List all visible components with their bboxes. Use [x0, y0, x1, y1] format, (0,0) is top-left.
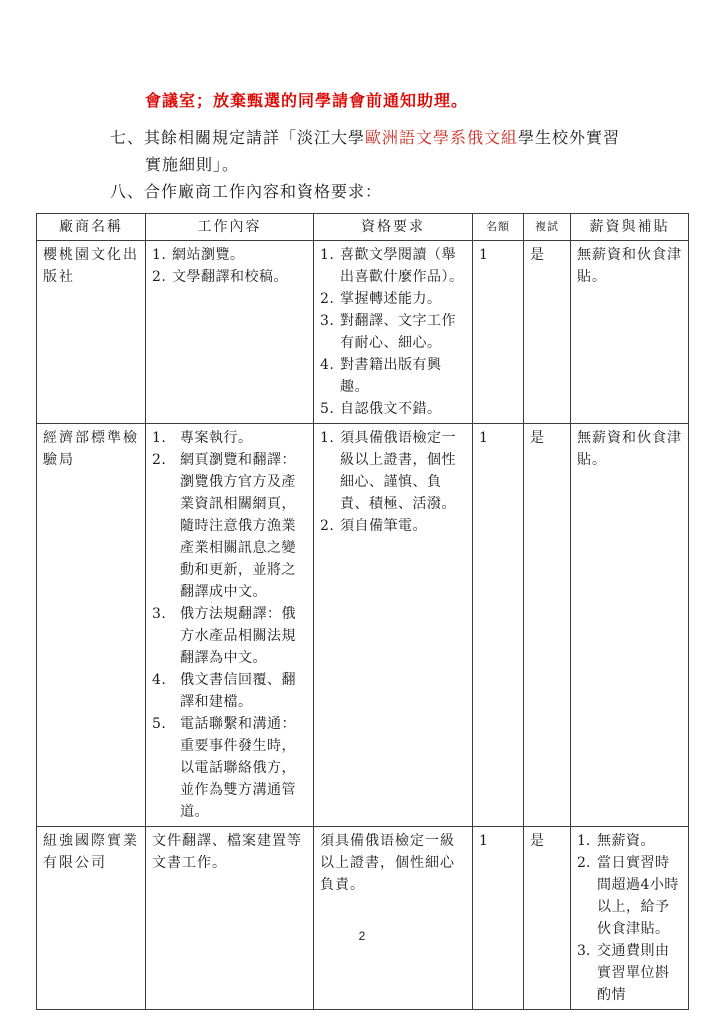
cell-salary: 無薪資和伙食津貼。: [571, 241, 689, 424]
item-seven-line1: 七、其餘相關規定請詳「淡江大學歐洲語文學系俄文組學生校外實習: [110, 128, 620, 148]
cell-salary: 無薪資和伙食津貼。: [571, 424, 689, 827]
qual-item: 4.對書籍出版有興趣。: [320, 354, 466, 398]
cell-retest: 是: [524, 241, 571, 424]
salary-item: 1.無薪資。: [577, 830, 682, 852]
item-seven-suffix: 學生校外實習: [518, 128, 620, 147]
header-retest: 複試: [524, 214, 571, 241]
cell-retest: 是: [524, 424, 571, 827]
qual-item: 3.對翻譯、文字工作有耐心、細心。: [320, 310, 466, 354]
header-salary: 薪資與補貼: [571, 214, 689, 241]
salary-item: 2.當日實習時間超過4小時以上，給予伙食津貼。: [577, 852, 682, 940]
cell-retest: 是: [524, 827, 571, 1010]
item-seven-highlight: 歐洲語文學系俄文組: [365, 128, 518, 147]
cell-quota: 1: [473, 424, 524, 827]
table-row: 經濟部標準檢驗局 1.專案執行。 2.網頁瀏覽和翻譯：瀏覽俄方官方及產業資訊相關…: [37, 424, 689, 827]
job-item: 2.文學翻譯和校稿。: [152, 266, 307, 288]
qual-text: 須具備俄语檢定一級以上證書，個性細心負責。: [320, 830, 466, 896]
item-seven-prefix: 七、其餘相關規定請詳「淡江大學: [110, 128, 365, 147]
header-job: 工作內容: [146, 214, 314, 241]
cell-salary: 1.無薪資。 2.當日實習時間超過4小時以上，給予伙食津貼。 3.交通費則由實習…: [571, 827, 689, 1010]
table-row: 紐強國際實業有限公司 文件翻譯、檔案建置等文書工作。 須具備俄语檢定一級以上證書…: [37, 827, 689, 1010]
table-row: 櫻桃園文化出版社 1.網站瀏覽。 2.文學翻譯和校稿。 1.喜歡文學閱讀（舉出喜…: [37, 241, 689, 424]
header-vendor: 廠商名稱: [37, 214, 146, 241]
cell-qual: 1.須具備俄语檢定一級以上證書，個性細心、謹慎、負責、積極、活潑。 2.須自備筆…: [314, 424, 473, 827]
qual-item: 5.自認俄文不錯。: [320, 398, 466, 420]
salary-text: 無薪資和伙食津貼。: [577, 427, 682, 471]
cell-qual: 須具備俄语檢定一級以上證書，個性細心負責。: [314, 827, 473, 1010]
table-header-row: 廠商名稱 工作內容 資格要求 名額 複試 薪資與補貼: [37, 214, 689, 241]
qual-item: 2.須自備筆電。: [320, 515, 466, 537]
cell-quota: 1: [473, 241, 524, 424]
cell-job: 文件翻譯、檔案建置等文書工作。: [146, 827, 314, 1010]
qual-item: 1.喜歡文學閱讀（舉出喜歡什麼作品）。: [320, 244, 466, 288]
notice-line: 會議室；放棄甄選的同學請會前通知助理。: [145, 91, 468, 111]
document-page: 會議室；放棄甄選的同學請會前通知助理。 七、其餘相關規定請詳「淡江大學歐洲語文學…: [0, 0, 724, 1024]
job-item: 2.網頁瀏覽和翻譯：瀏覽俄方官方及產業資訊相關網頁，隨時注意俄方漁業產業相關訊息…: [152, 449, 307, 603]
cell-quota: 1: [473, 827, 524, 1010]
salary-item: 3.交通費則由實習單位斟酌情: [577, 940, 682, 1006]
header-qual: 資格要求: [314, 214, 473, 241]
cell-vendor: 櫻桃園文化出版社: [37, 241, 146, 424]
page-number: 2: [0, 929, 724, 943]
cell-vendor: 紐強國際實業有限公司: [37, 827, 146, 1010]
cell-job: 1.專案執行。 2.網頁瀏覽和翻譯：瀏覽俄方官方及產業資訊相關網頁，隨時注意俄方…: [146, 424, 314, 827]
item-eight-line: 八、合作廠商工作內容和資格要求：: [110, 182, 382, 202]
cell-vendor: 經濟部標準檢驗局: [37, 424, 146, 827]
vendor-table: 廠商名稱 工作內容 資格要求 名額 複試 薪資與補貼 櫻桃園文化出版社 1.網站…: [36, 213, 689, 1010]
job-item: 3.俄方法規翻譯：俄方水產品相關法規翻譯為中文。: [152, 603, 307, 669]
job-text: 文件翻譯、檔案建置等文書工作。: [152, 830, 307, 874]
job-item: 1.網站瀏覽。: [152, 244, 307, 266]
header-quota: 名額: [473, 214, 524, 241]
job-item: 5.電話聯繫和溝通：重要事件發生時，以電話聯絡俄方，並作為雙方溝通管道。: [152, 713, 307, 823]
qual-item: 1.須具備俄语檢定一級以上證書，個性細心、謹慎、負責、積極、活潑。: [320, 427, 466, 515]
salary-text: 無薪資和伙食津貼。: [577, 244, 682, 288]
item-seven-line2: 實施細則」。: [145, 155, 239, 175]
qual-item: 2.掌握轉述能力。: [320, 288, 466, 310]
job-item: 4.俄文書信回覆、翻譯和建檔。: [152, 669, 307, 713]
cell-qual: 1.喜歡文學閱讀（舉出喜歡什麼作品）。 2.掌握轉述能力。 3.對翻譯、文字工作…: [314, 241, 473, 424]
job-item: 1.專案執行。: [152, 427, 307, 449]
cell-job: 1.網站瀏覽。 2.文學翻譯和校稿。: [146, 241, 314, 424]
